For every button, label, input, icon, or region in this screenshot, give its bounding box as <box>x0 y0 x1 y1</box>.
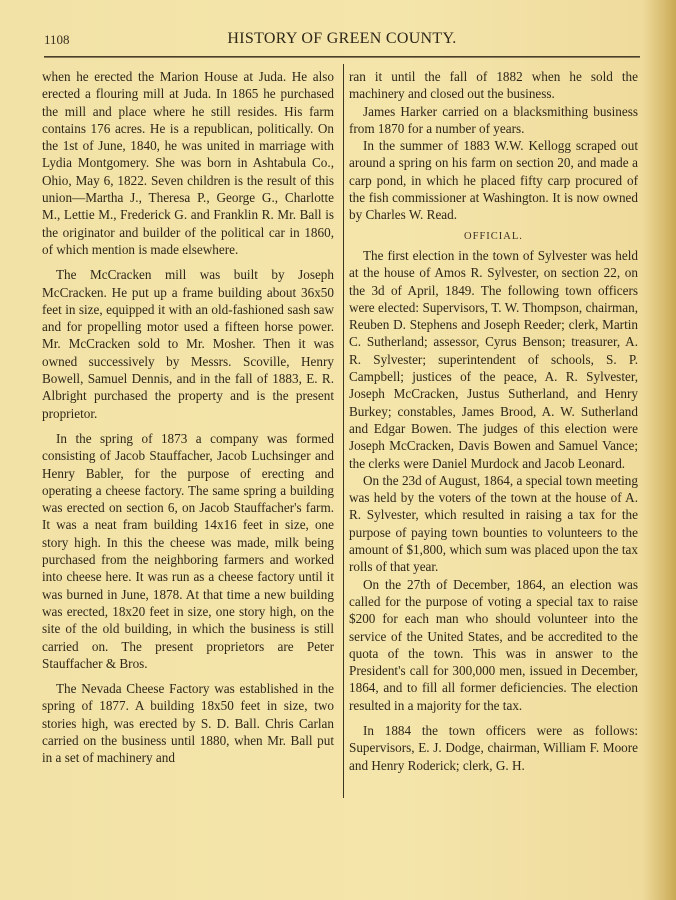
paragraph: On the 23d of August, 1864, a special to… <box>349 472 638 576</box>
paragraph: In the summer of 1883 W.W. Kellogg scrap… <box>349 137 638 223</box>
paragraph: In 1884 the town officers were as follow… <box>349 722 638 774</box>
header-rule <box>44 56 640 58</box>
paragraph: On the 27th of December, 1864, an electi… <box>349 576 638 714</box>
paragraph: The McCracken mill was built by Joseph M… <box>42 266 334 422</box>
paragraph: James Harker carried on a blacksmithing … <box>349 103 638 138</box>
paragraph: when he erected the Marion House at Juda… <box>42 68 334 258</box>
column-divider <box>343 64 344 798</box>
paragraph: The Nevada Cheese Factory was establishe… <box>42 680 334 766</box>
section-heading: OFFICIAL. <box>349 228 638 245</box>
page-header: 1108 HISTORY OF GREEN COUNTY. <box>44 28 640 48</box>
paragraph: The first election in the town of Sylves… <box>349 247 638 472</box>
left-column: when he erected the Marion House at Juda… <box>42 68 334 767</box>
book-page: 1108 HISTORY OF GREEN COUNTY. when he er… <box>0 0 676 900</box>
right-column: ran it until the fall of 1882 when he so… <box>349 68 638 774</box>
paragraph: In the spring of 1873 a company was form… <box>42 430 334 672</box>
paragraph: ran it until the fall of 1882 when he so… <box>349 68 638 103</box>
running-title: HISTORY OF GREEN COUNTY. <box>44 30 640 48</box>
